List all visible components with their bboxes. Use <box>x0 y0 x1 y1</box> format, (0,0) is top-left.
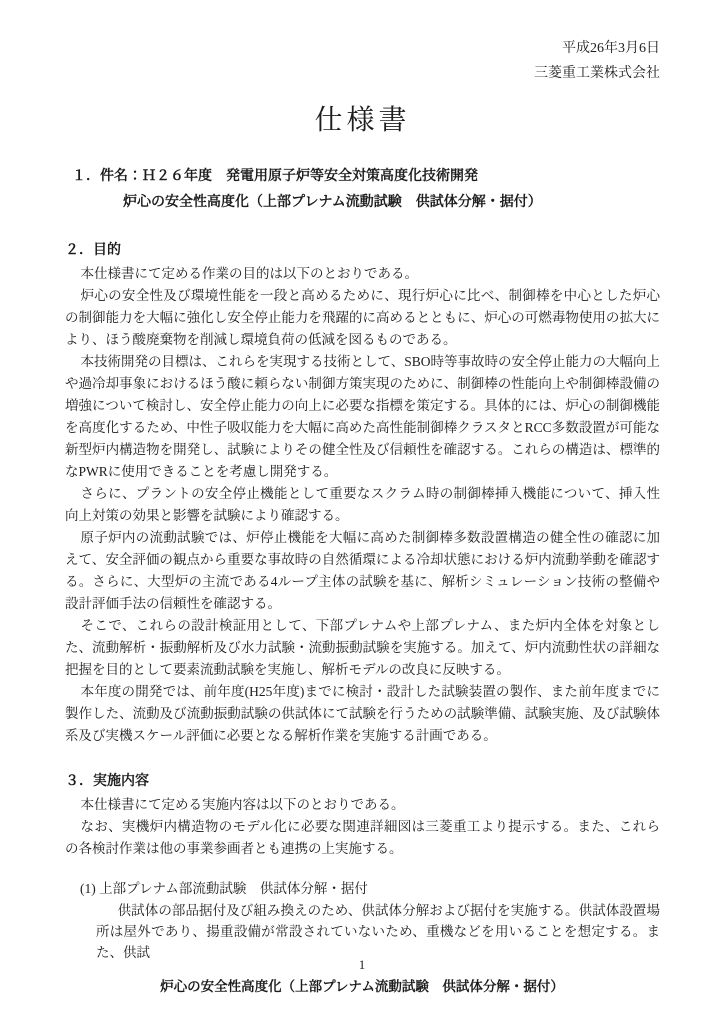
implementation-paragraph: なお、実機炉内構造物のモデル化に必要な関連詳細図は三菱重工より提示する。また、こ… <box>65 816 660 860</box>
implementation-heading: ３．実施内容 <box>65 771 660 793</box>
document-title: 仕様書 <box>65 104 660 138</box>
purpose-paragraph: 本年度の開発では、前年度(H25年度)までに検討・設計した試験装置の製作、また前… <box>65 681 660 747</box>
implementation-paragraph: 本仕様書にて定める実施内容は以下のとおりである。 <box>65 794 660 816</box>
purpose-paragraph: 炉心の安全性及び環境性能を一段と高めるために、現行炉心に比べ、制御棒を中心とした… <box>65 285 660 351</box>
purpose-paragraph: 本技術開発の目標は、これらを実現する技術として、SBO時等事故時の安全停止能力の… <box>65 351 660 483</box>
section-subject: １．件名：Ｈ２６年度 発電用原子炉等安全対策高度化技術開発 炉心の安全性高度化（… <box>65 164 660 216</box>
item-1-body: 供試体の部品据付及び組み換えのため、供試体分解および据付を実施する。供試体設置場… <box>96 900 660 963</box>
document-header: 平成26年3月6日 三菱重工業株式会社 <box>65 36 660 86</box>
purpose-paragraph: さらに、プラントの安全停止機能として重要なスクラム時の制御棒挿入機能について、挿… <box>65 483 660 527</box>
implementation-body: 本仕様書にて定める実施内容は以下のとおりである。 なお、実機炉内構造物のモデル化… <box>65 794 660 860</box>
implementation-item-1: (1) 上部プレナム部流動試験 供試体分解・据付 供試体の部品据付及び組み換えの… <box>65 877 660 963</box>
item-1-heading: (1) 上部プレナム部流動試験 供試体分解・据付 <box>80 877 660 900</box>
purpose-heading: ２．目的 <box>65 240 660 262</box>
purpose-paragraph: そこで、これらの設計検証用として、下部プレナムや上部プレナム、また炉内全体を対象… <box>65 615 660 681</box>
page-number: 1 <box>0 956 724 974</box>
document-content: 平成26年3月6日 三菱重工業株式会社 仕様書 １．件名：Ｈ２６年度 発電用原子… <box>0 0 724 963</box>
section-implementation: ３．実施内容 本仕様書にて定める実施内容は以下のとおりである。 なお、実機炉内構… <box>65 771 660 963</box>
page-footer: 1 炉心の安全性高度化（上部プレナム流動試験 供試体分解・据付） <box>0 956 724 996</box>
document-date: 平成26年3月6日 <box>65 36 660 61</box>
section-purpose: ２．目的 本仕様書にて定める作業の目的は以下のとおりである。 炉心の安全性及び環… <box>65 240 660 747</box>
subject-heading: １．件名：Ｈ２６年度 発電用原子炉等安全対策高度化技術開発 <box>72 164 660 190</box>
document-page: 平成26年3月6日 三菱重工業株式会社 仕様書 １．件名：Ｈ２６年度 発電用原子… <box>0 0 724 1024</box>
footer-title: 炉心の安全性高度化（上部プレナム流動試験 供試体分解・据付） <box>0 978 724 996</box>
subject-subtitle: 炉心の安全性高度化（上部プレナム流動試験 供試体分解・据付） <box>72 190 660 216</box>
purpose-body: 本仕様書にて定める作業の目的は以下のとおりである。 炉心の安全性及び環境性能を一… <box>65 263 660 747</box>
purpose-paragraph: 本仕様書にて定める作業の目的は以下のとおりである。 <box>65 263 660 285</box>
company-name: 三菱重工業株式会社 <box>65 61 660 86</box>
purpose-paragraph: 原子炉内の流動試験では、炉停止機能を大幅に高めた制御棒多数設置構造の健全性の確認… <box>65 527 660 615</box>
